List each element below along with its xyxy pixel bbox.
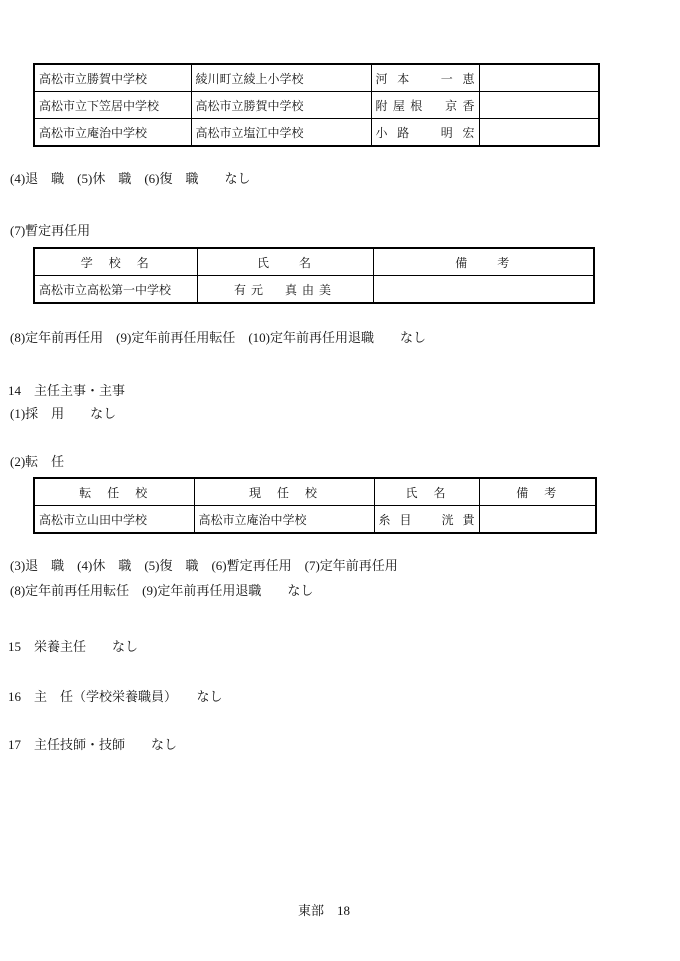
current-school-cell: 綾川町立綾上小学校 — [191, 64, 371, 92]
note-cell — [479, 92, 599, 119]
section15-line: 15 栄養主任 なし — [8, 638, 138, 656]
name-cell: 附屋根 京香 — [371, 92, 479, 119]
note-cell — [373, 276, 594, 304]
section14-item8-line: (8)定年前再任用転任 (9)定年前再任用退職 なし — [10, 582, 313, 600]
section16-line: 16 主 任（学校栄養職員） なし — [8, 688, 223, 706]
table-row: 高松市立高松第一中学校 有元 真由美 — [34, 276, 594, 304]
table-row: 高松市立勝賀中学校 綾川町立綾上小学校 河本 一恵 — [34, 64, 599, 92]
section14-item1: (1)採 用 なし — [10, 405, 116, 423]
current-school-cell: 高松市立勝賀中学校 — [191, 92, 371, 119]
current-school-cell: 高松市立庵治中学校 — [194, 506, 374, 534]
table-row: 高松市立庵治中学校 高松市立塩江中学校 小路 明宏 — [34, 119, 599, 147]
person-name-header: 氏 名 — [197, 248, 373, 276]
line-retire-kyushoku-fukushoku: (4)退 職 (5)休 職 (6)復 職 なし — [10, 170, 250, 188]
name-cell: 小路 明宏 — [371, 119, 479, 147]
table-row: 高松市立山田中学校 高松市立庵治中学校 糸目 洸貴 — [34, 506, 596, 534]
page-footer: 東部 18 — [298, 903, 350, 919]
name-cell: 有元 真由美 — [197, 276, 373, 304]
new-school-cell: 高松市立山田中学校 — [34, 506, 194, 534]
section17-line: 17 主任技師・技師 なし — [8, 736, 177, 754]
new-school-cell: 高松市立庵治中学校 — [34, 119, 191, 147]
new-school-cell: 高松市立下笠居中学校 — [34, 92, 191, 119]
new-school-header: 転 任 校 — [34, 478, 194, 506]
table-row: 高松市立下笠居中学校 高松市立勝賀中学校 附屋根 京香 — [34, 92, 599, 119]
current-school-cell: 高松市立塩江中学校 — [191, 119, 371, 147]
section14-item2-title: (2)転 任 — [10, 453, 64, 471]
section14-title: 14 主任主事・主事 — [8, 382, 125, 400]
note-header: 備 考 — [479, 478, 596, 506]
note-header: 備 考 — [373, 248, 594, 276]
section7-title: (7)暫定再任用 — [10, 222, 90, 240]
school-name-header: 学 校 名 — [34, 248, 197, 276]
reappointment-table: 学 校 名 氏 名 備 考 高松市立高松第一中学校 有元 真由美 — [33, 247, 595, 304]
note-cell — [479, 506, 596, 534]
table-header-row: 学 校 名 氏 名 備 考 — [34, 248, 594, 276]
table-header-row: 転 任 校 現 任 校 氏 名 備 考 — [34, 478, 596, 506]
note-cell — [479, 64, 599, 92]
transfer-continuation-table: 高松市立勝賀中学校 綾川町立綾上小学校 河本 一恵 高松市立下笠居中学校 高松市… — [33, 63, 600, 147]
name-cell: 河本 一恵 — [371, 64, 479, 92]
name-cell: 糸目 洸貴 — [374, 506, 479, 534]
line-pre-retirement-reappointment: (8)定年前再任用 (9)定年前再任用転任 (10)定年前再任用退職 なし — [10, 329, 426, 347]
school-cell: 高松市立高松第一中学校 — [34, 276, 197, 304]
section14-item3-line: (3)退 職 (4)休 職 (5)復 職 (6)暫定再任用 (7)定年前再任用 — [10, 557, 398, 575]
note-cell — [479, 119, 599, 147]
person-name-header: 氏 名 — [374, 478, 479, 506]
new-school-cell: 高松市立勝賀中学校 — [34, 64, 191, 92]
document-page: 高松市立勝賀中学校 綾川町立綾上小学校 河本 一恵 高松市立下笠居中学校 高松市… — [0, 0, 680, 961]
current-school-header: 現 任 校 — [194, 478, 374, 506]
tennin-table: 転 任 校 現 任 校 氏 名 備 考 高松市立山田中学校 高松市立庵治中学校 … — [33, 477, 597, 534]
